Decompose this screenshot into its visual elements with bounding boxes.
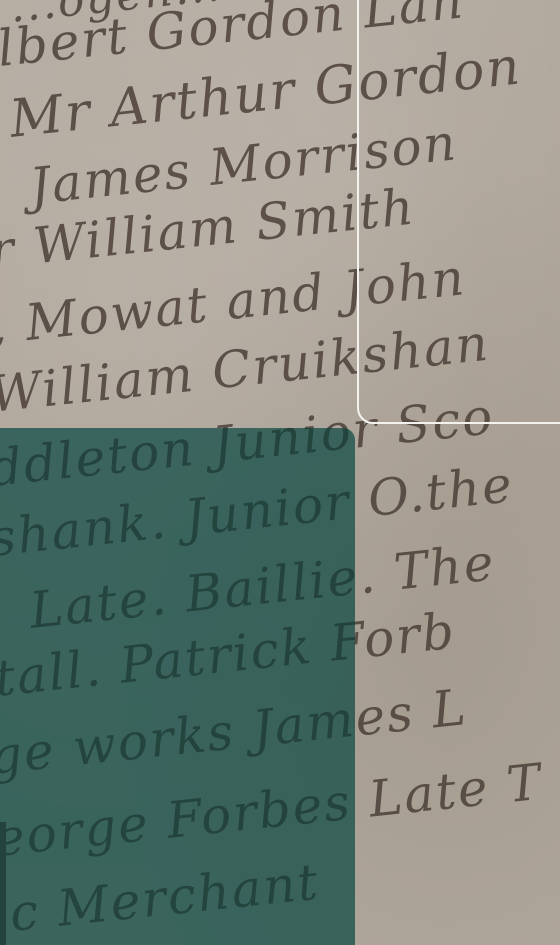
highlight-overlay-shade — [0, 428, 355, 945]
left-edge-strip — [0, 822, 6, 945]
selection-rectangle[interactable] — [357, 0, 560, 424]
